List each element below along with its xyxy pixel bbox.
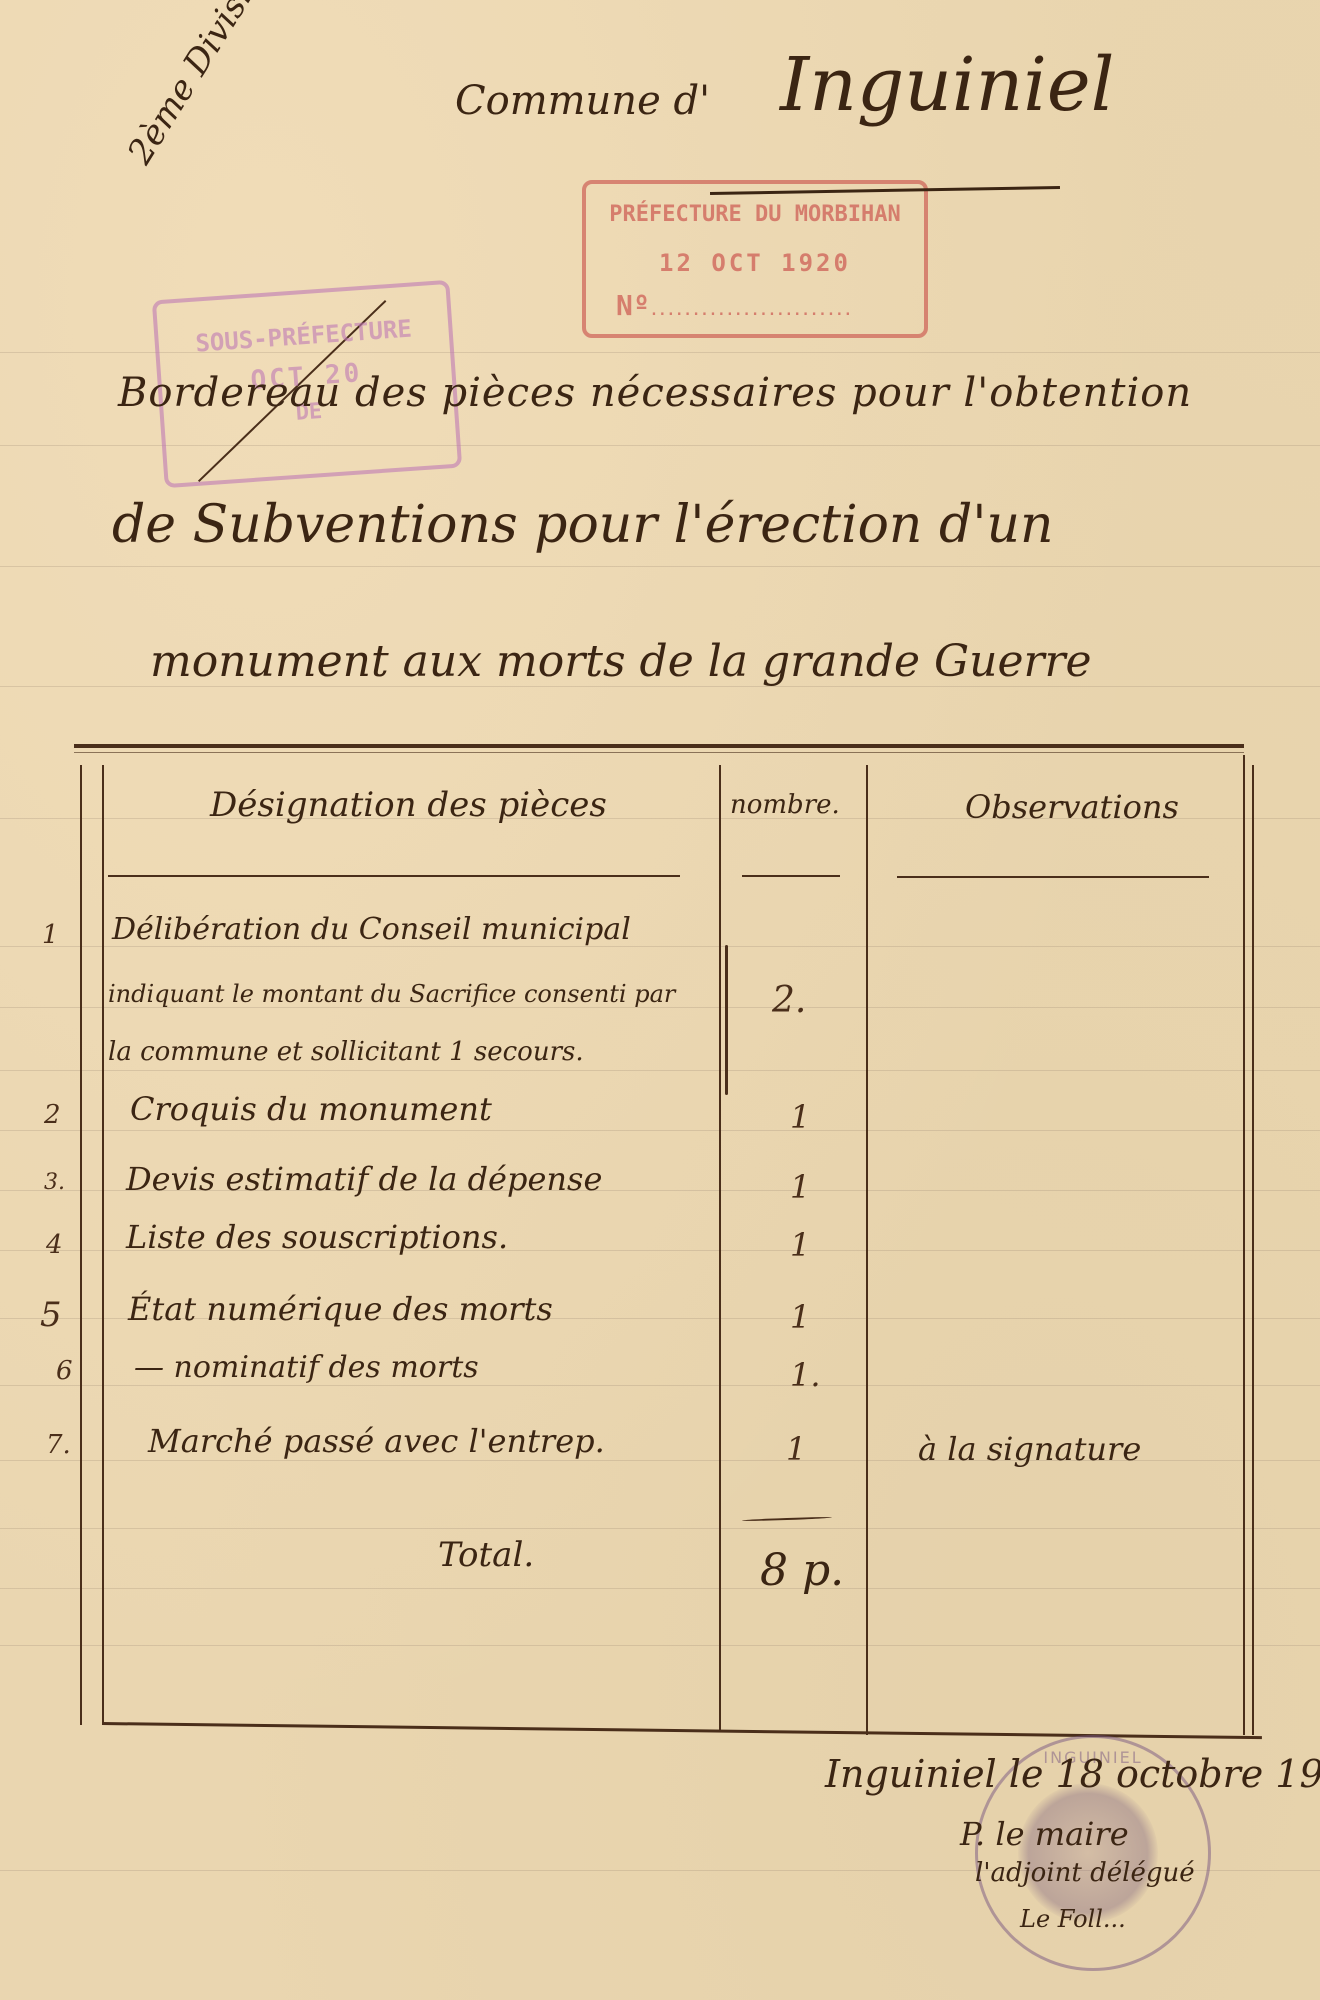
row-index: 3. bbox=[44, 1170, 65, 1195]
header-designation: Désignation des pièces bbox=[210, 785, 607, 825]
header-underline-nombre bbox=[742, 875, 840, 877]
table-top-rule-thin bbox=[74, 752, 1244, 753]
ruled-line bbox=[0, 1385, 1320, 1386]
row-nombre: 1 bbox=[790, 1298, 810, 1336]
commune-name: Inguiniel bbox=[780, 42, 1114, 128]
title-line-3: monument aux morts de la grande Guerre bbox=[150, 636, 1092, 687]
prefecture-stamp: PRÉFECTURE DU MORBIHAN 12 OCT 1920 Nº...… bbox=[582, 180, 928, 338]
sous-prefecture-stamp-title: SOUS-PRÉFECTURE bbox=[158, 312, 449, 360]
table-top-rule bbox=[74, 744, 1244, 748]
ruled-line bbox=[0, 1588, 1320, 1589]
column-divider-observations bbox=[866, 765, 868, 1735]
ruled-line bbox=[0, 566, 1320, 567]
total-value: 8 p. bbox=[760, 1545, 844, 1596]
row-nombre: 1 bbox=[790, 1226, 810, 1264]
total-rule bbox=[742, 1516, 832, 1521]
ruled-line bbox=[0, 1070, 1320, 1071]
row-nombre: 1. bbox=[790, 1356, 821, 1394]
row-observation: à la signature bbox=[918, 1430, 1141, 1468]
prefecture-stamp-number: Nº........................ bbox=[616, 289, 924, 322]
row-index: 2 bbox=[44, 1100, 61, 1130]
division-annotation: 2ème Division bbox=[120, 0, 283, 171]
signatory-mayor: P. le maire bbox=[960, 1815, 1129, 1853]
row-nombre: 1 bbox=[786, 1430, 806, 1468]
row-designation-line: Délibération du Conseil municipal bbox=[112, 912, 631, 947]
mairie-seal-inner bbox=[1018, 1783, 1158, 1923]
header-underline-observations bbox=[897, 876, 1209, 878]
header-observations: Observations bbox=[965, 788, 1179, 826]
row-designation-line: — nominatif des morts bbox=[134, 1350, 479, 1385]
prefecture-stamp-number-label: Nº bbox=[616, 289, 650, 322]
row-nombre: 2. bbox=[772, 980, 806, 1021]
ruled-line bbox=[0, 1528, 1320, 1529]
row-nombre: 1 bbox=[790, 1098, 810, 1136]
row-designation-line: indiquant le montant du Sacrifice consen… bbox=[108, 980, 675, 1008]
row-nombre: 1 bbox=[790, 1168, 810, 1206]
row-designation-line: la commune et sollicitant 1 secours. bbox=[108, 1037, 584, 1067]
prefecture-stamp-title: PRÉFECTURE DU MORBIHAN bbox=[586, 202, 924, 227]
ruled-line bbox=[0, 1645, 1320, 1646]
commune-prefix: Commune d' bbox=[455, 78, 710, 124]
row-bracket bbox=[725, 945, 728, 1095]
column-divider-nombre bbox=[719, 765, 721, 1730]
row-index: 7. bbox=[46, 1430, 71, 1460]
place-date: Inguiniel le 18 octobre 1920 bbox=[825, 1752, 1320, 1796]
title-line-2: de Subventions pour l'érection d'un bbox=[112, 495, 1054, 555]
row-index: 5 bbox=[40, 1295, 62, 1335]
title-line-1: Bordereau des pièces nécessaires pour l'… bbox=[118, 370, 1192, 416]
table-right-border-inner bbox=[1243, 755, 1245, 1735]
prefecture-stamp-date: 12 OCT 1920 bbox=[586, 249, 924, 277]
signature: Le Foll... bbox=[1020, 1905, 1126, 1933]
row-designation-line: Croquis du monument bbox=[130, 1090, 492, 1128]
row-index: 4 bbox=[46, 1230, 63, 1260]
row-index: 1 bbox=[42, 920, 59, 950]
ruled-line bbox=[0, 1130, 1320, 1131]
table-left-border-outer bbox=[80, 765, 82, 1725]
header-nombre: nombre. bbox=[730, 790, 840, 820]
table-right-border-outer bbox=[1252, 765, 1254, 1735]
header-underline-designation bbox=[108, 875, 680, 877]
signatory-deputy: l'adjoint délégué bbox=[975, 1858, 1195, 1888]
row-designation-line: Devis estimatif de la dépense bbox=[126, 1160, 602, 1198]
row-designation-line: État numérique des morts bbox=[128, 1290, 553, 1328]
table-left-border-inner bbox=[102, 765, 104, 1725]
row-designation-line: Marché passé avec l'entrep. bbox=[148, 1422, 605, 1460]
total-label: Total. bbox=[438, 1535, 534, 1575]
row-index: 6 bbox=[56, 1356, 73, 1386]
row-designation-line: Liste des souscriptions. bbox=[126, 1218, 508, 1256]
